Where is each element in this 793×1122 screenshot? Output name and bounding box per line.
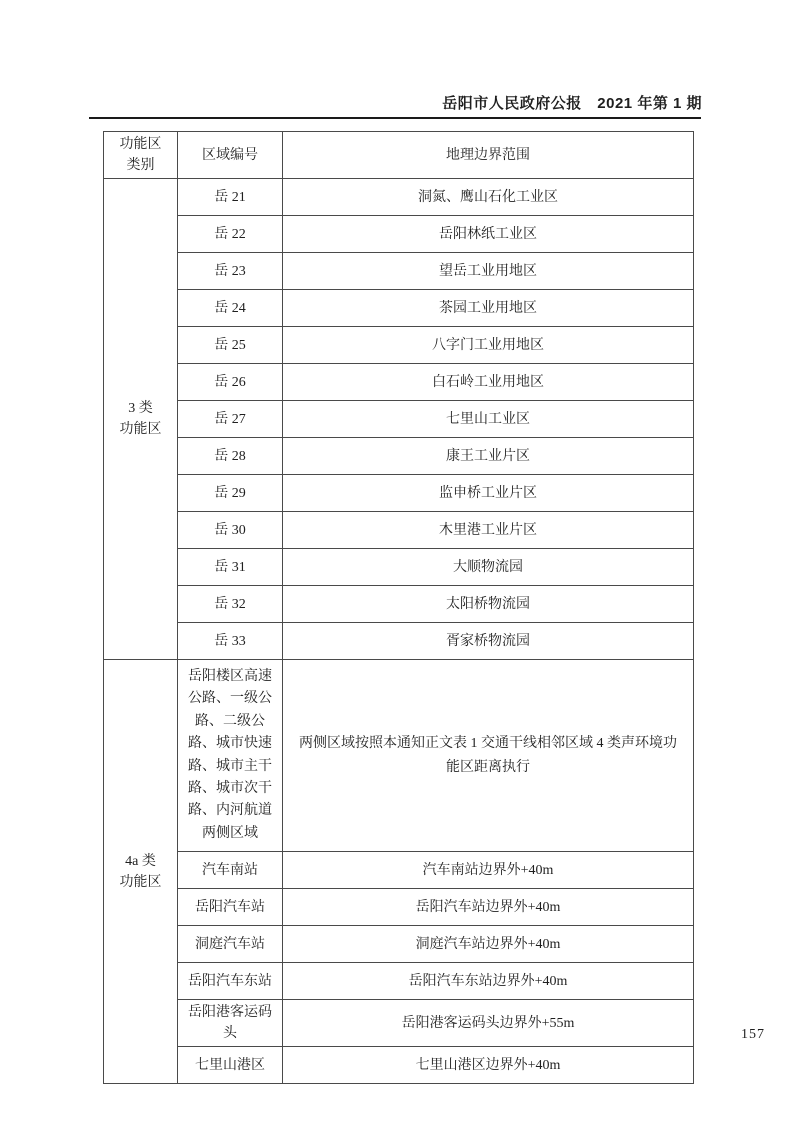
- zone-code-cell: 岳 29: [178, 475, 283, 512]
- zone-boundary-cell: 七里山工业区: [283, 401, 694, 438]
- gazette-header-title: 岳阳市人民政府公报 2021 年第 1 期: [442, 92, 702, 113]
- zone-category-cell: 4a 类 功能区: [104, 660, 178, 1084]
- table-row: 岳 24茶园工业用地区: [104, 290, 694, 327]
- zone-boundary-cell: 望岳工业用地区: [283, 253, 694, 290]
- zone-boundary-cell: 岳阳林纸工业区: [283, 216, 694, 253]
- table-row: 岳 25八字门工业用地区: [104, 327, 694, 364]
- zone-boundary-cell: 监申桥工业片区: [283, 475, 694, 512]
- zone-boundary-cell: 岳阳港客运码头边界外+55m: [283, 1000, 694, 1047]
- zone-code-cell: 岳阳港客运码头: [178, 1000, 283, 1047]
- gazette-page: 岳阳市人民政府公报 2021 年第 1 期 功能区 类别 区域编号 地理边界范围…: [0, 0, 793, 1122]
- zone-boundary-cell: 洞庭汽车站边界外+40m: [283, 926, 694, 963]
- header-rule: [89, 117, 701, 119]
- table-header-row: 功能区 类别 区域编号 地理边界范围: [104, 132, 694, 179]
- zone-boundary-cell: 岳阳汽车东站边界外+40m: [283, 963, 694, 1000]
- zone-boundary-cell: 白石岭工业用地区: [283, 364, 694, 401]
- zone-boundary-cell: 汽车南站边界外+40m: [283, 852, 694, 889]
- zone-code-cell: 岳阳汽车东站: [178, 963, 283, 1000]
- zone-code-cell: 岳 27: [178, 401, 283, 438]
- col-header-boundary: 地理边界范围: [283, 132, 694, 179]
- col-header-code: 区域编号: [178, 132, 283, 179]
- zone-code-cell: 岳 21: [178, 179, 283, 216]
- zone-code-cell: 岳阳楼区高速公路、一级公路、二级公路、城市快速路、城市主干路、城市次干路、内河航…: [178, 660, 283, 852]
- table-row: 洞庭汽车站洞庭汽车站边界外+40m: [104, 926, 694, 963]
- zone-boundary-cell: 洞氮、鹰山石化工业区: [283, 179, 694, 216]
- table-row: 岳阳港客运码头岳阳港客运码头边界外+55m: [104, 1000, 694, 1047]
- table-row: 岳 26白石岭工业用地区: [104, 364, 694, 401]
- zone-code-cell: 岳 31: [178, 549, 283, 586]
- zone-boundary-cell: 康王工业片区: [283, 438, 694, 475]
- zone-code-cell: 汽车南站: [178, 852, 283, 889]
- table-row: 岳 33胥家桥物流园: [104, 623, 694, 660]
- table-row: 岳阳汽车站岳阳汽车站边界外+40m: [104, 889, 694, 926]
- table-row: 七里山港区七里山港区边界外+40m: [104, 1047, 694, 1084]
- zone-code-cell: 岳阳汽车站: [178, 889, 283, 926]
- zone-boundary-cell: 八字门工业用地区: [283, 327, 694, 364]
- zone-boundary-cell: 两侧区域按照本通知正文表 1 交通干线相邻区域 4 类声环境功能区距离执行: [283, 660, 694, 852]
- zone-boundary-cell: 胥家桥物流园: [283, 623, 694, 660]
- table-row: 岳阳汽车东站岳阳汽车东站边界外+40m: [104, 963, 694, 1000]
- zone-code-cell: 洞庭汽车站: [178, 926, 283, 963]
- zone-code-cell: 岳 32: [178, 586, 283, 623]
- zone-boundary-cell: 太阳桥物流园: [283, 586, 694, 623]
- page-number: 157: [741, 1027, 765, 1043]
- zone-boundary-cell: 七里山港区边界外+40m: [283, 1047, 694, 1084]
- zone-code-cell: 七里山港区: [178, 1047, 283, 1084]
- zone-category-cell: 3 类 功能区: [104, 179, 178, 660]
- zone-code-cell: 岳 25: [178, 327, 283, 364]
- zone-code-cell: 岳 22: [178, 216, 283, 253]
- table-row: 岳 27七里山工业区: [104, 401, 694, 438]
- function-zone-table: 功能区 类别 区域编号 地理边界范围 3 类 功能区岳 21洞氮、鹰山石化工业区…: [103, 131, 694, 1084]
- table-body: 3 类 功能区岳 21洞氮、鹰山石化工业区岳 22岳阳林纸工业区岳 23望岳工业…: [104, 179, 694, 1084]
- table-row: 3 类 功能区岳 21洞氮、鹰山石化工业区: [104, 179, 694, 216]
- col-header-category: 功能区 类别: [104, 132, 178, 179]
- zone-boundary-cell: 大顺物流园: [283, 549, 694, 586]
- zone-code-cell: 岳 30: [178, 512, 283, 549]
- table-row: 岳 23望岳工业用地区: [104, 253, 694, 290]
- zone-code-cell: 岳 33: [178, 623, 283, 660]
- zone-boundary-cell: 岳阳汽车站边界外+40m: [283, 889, 694, 926]
- table-row: 汽车南站汽车南站边界外+40m: [104, 852, 694, 889]
- table-row: 4a 类 功能区岳阳楼区高速公路、一级公路、二级公路、城市快速路、城市主干路、城…: [104, 660, 694, 852]
- zone-boundary-cell: 木里港工业片区: [283, 512, 694, 549]
- table-row: 岳 31大顺物流园: [104, 549, 694, 586]
- table-row: 岳 28康王工业片区: [104, 438, 694, 475]
- table-row: 岳 30木里港工业片区: [104, 512, 694, 549]
- table-row: 岳 32太阳桥物流园: [104, 586, 694, 623]
- zone-code-cell: 岳 28: [178, 438, 283, 475]
- table-row: 岳 22岳阳林纸工业区: [104, 216, 694, 253]
- zone-code-cell: 岳 26: [178, 364, 283, 401]
- zone-code-cell: 岳 23: [178, 253, 283, 290]
- table-row: 岳 29监申桥工业片区: [104, 475, 694, 512]
- zone-code-cell: 岳 24: [178, 290, 283, 327]
- zone-boundary-cell: 茶园工业用地区: [283, 290, 694, 327]
